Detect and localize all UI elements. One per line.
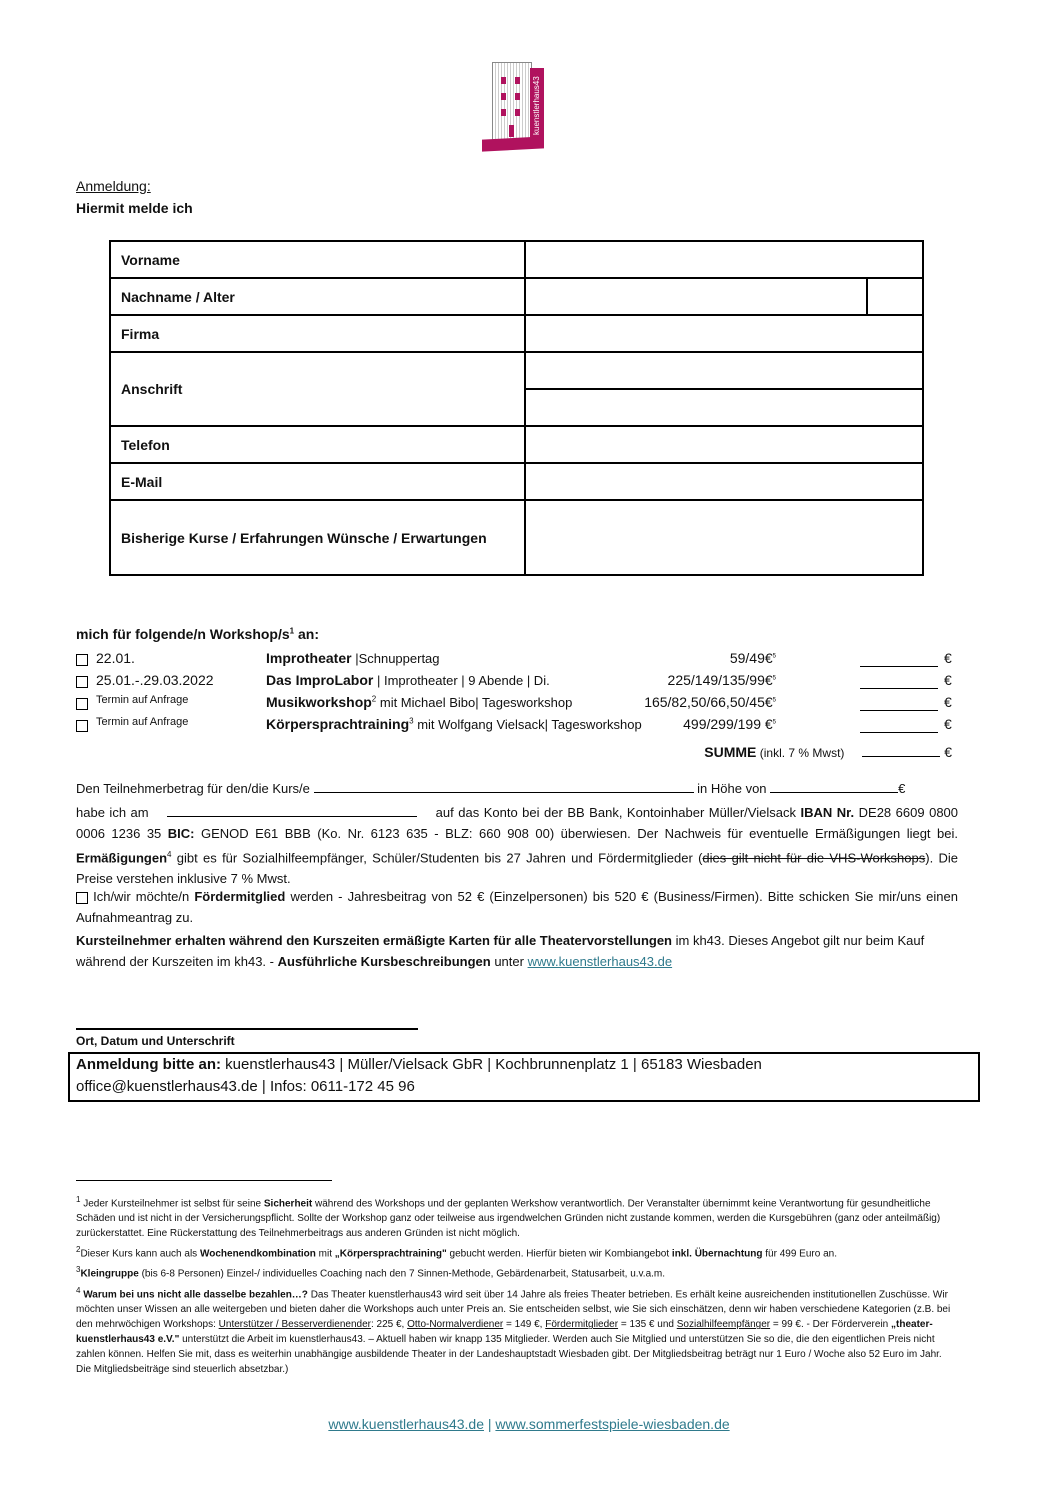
workshop-price: 59/49€5 — [730, 650, 776, 666]
label-nachname-alter: Nachname / Alter — [110, 278, 525, 315]
field-bisherige-kurse[interactable] — [525, 500, 923, 575]
workshop-price: 225/149/135/99€5 — [668, 672, 776, 688]
footnote-2: 2Dieser Kurs kann auch als Wochenendkomb… — [76, 1242, 958, 1261]
signature-label: Ort, Datum und Unterschrift — [76, 1034, 235, 1048]
workshop-currency: € — [944, 694, 952, 710]
label-firma: Firma — [110, 315, 525, 352]
signature-line[interactable] — [76, 1028, 418, 1030]
field-nachname[interactable] — [525, 278, 867, 315]
contact-box: Anmeldung bitte an: kuenstlerhaus43 | Mü… — [68, 1052, 980, 1102]
workshop-row: 22.01.Improtheater |Schnuppertag59/49€5€ — [76, 650, 956, 670]
workshop-checkbox[interactable] — [76, 654, 88, 666]
workshop-row: Termin auf AnfrageKörpersprachtraining3 … — [76, 716, 956, 736]
sum-label: SUMME — [704, 744, 756, 760]
sum-note: (inkl. 7 % Mwst) — [756, 746, 844, 760]
membership-checkbox[interactable] — [76, 892, 88, 904]
field-anschrift-line2[interactable] — [525, 389, 923, 426]
field-firma[interactable] — [525, 315, 923, 352]
workshop-checkbox[interactable] — [76, 676, 88, 688]
workshop-title: Musikworkshop2 mit Michael Bibo| Tageswo… — [266, 694, 572, 710]
workshop-date: 22.01. — [96, 650, 135, 666]
footnote-separator — [76, 1180, 332, 1181]
field-vorname[interactable] — [525, 241, 923, 278]
workshop-amount-field[interactable] — [860, 710, 938, 711]
label-email: E-Mail — [110, 463, 525, 500]
footnote-1: 1 Jeder Kursteilnehmer ist selbst für se… — [76, 1192, 958, 1241]
workshop-currency: € — [944, 716, 952, 732]
sum-field[interactable] — [862, 756, 940, 757]
workshop-currency: € — [944, 650, 952, 666]
workshop-checkbox[interactable] — [76, 720, 88, 732]
label-vorname: Vorname — [110, 241, 525, 278]
logo-text: kuenstlerhaus43 — [530, 68, 544, 144]
payment-date-field[interactable] — [167, 816, 417, 817]
workshops-intro: mich für folgende/n Workshop/s1 an: — [76, 626, 319, 642]
field-alter[interactable] — [867, 278, 923, 315]
workshop-checkbox[interactable] — [76, 698, 88, 710]
workshop-amount-field[interactable] — [860, 688, 938, 689]
payment-paragraph: habe ich am auf das Konto bei der BB Ban… — [76, 802, 958, 889]
building-illustration — [492, 62, 532, 140]
website-link[interactable]: www.kuenstlerhaus43.de — [528, 954, 673, 969]
field-telefon[interactable] — [525, 426, 923, 463]
workshop-price: 499/299/199 €5 — [683, 716, 776, 732]
page-title: Anmeldung: — [76, 178, 151, 194]
page-subtitle: Hiermit melde ich — [76, 200, 193, 216]
discount-notice: Kursteilnehmer erhalten während den Kurs… — [76, 930, 958, 972]
footnote-3: 3Kleingruppe (bis 6-8 Personen) Einzel-/… — [76, 1262, 958, 1281]
workshop-title: Körpersprachtraining3 mit Wolfgang Viels… — [266, 716, 642, 732]
field-anschrift-line1[interactable] — [525, 352, 923, 389]
workshop-price: 165/82,50/66,50/45€5 — [644, 694, 776, 710]
workshop-amount-field[interactable] — [860, 732, 938, 733]
course-name-field[interactable] — [314, 792, 694, 793]
workshop-currency: € — [944, 672, 952, 688]
label-anschrift: Anschrift — [110, 352, 525, 426]
amount-field[interactable] — [770, 792, 898, 793]
workshop-title: Das ImproLabor | Improtheater | 9 Abende… — [266, 672, 550, 688]
footnote-4: 4 Warum bei uns nicht alle dasselbe beza… — [76, 1283, 958, 1377]
workshop-title: Improtheater |Schnuppertag — [266, 650, 440, 666]
membership-paragraph: Ich/wir möchte/n Fördermitglied werden -… — [76, 886, 958, 928]
kuenstlerhaus43-logo: kuenstlerhaus43 — [482, 60, 550, 150]
workshop-date: Termin auf Anfrage — [96, 694, 188, 706]
workshop-date: Termin auf Anfrage — [96, 716, 188, 728]
label-telefon: Telefon — [110, 426, 525, 463]
workshop-row: 25.01.-.29.03.2022Das ImproLabor | Impro… — [76, 672, 956, 692]
field-email[interactable] — [525, 463, 923, 500]
workshop-date: 25.01.-.29.03.2022 — [96, 672, 214, 688]
footer-link-sommerfestspiele[interactable]: www.sommerfestspiele-wiesbaden.de — [495, 1416, 729, 1432]
label-bisherige-kurse: Bisherige Kurse / Erfahrungen Wünsche / … — [110, 500, 525, 575]
registration-form: Vorname Nachname / Alter Firma Anschrift… — [109, 240, 924, 576]
logo-base — [482, 136, 544, 151]
sum-row: SUMME (inkl. 7 % Mwst) € — [600, 744, 952, 760]
footer-link-kuenstlerhaus43[interactable]: www.kuenstlerhaus43.de — [328, 1416, 484, 1432]
workshop-amount-field[interactable] — [860, 666, 938, 667]
workshop-row: Termin auf AnfrageMusikworkshop2 mit Mic… — [76, 694, 956, 714]
sum-currency: € — [944, 744, 952, 760]
contact-email-phone: office@kuenstlerhaus43.de | Infos: 0611-… — [76, 1076, 972, 1098]
payment-line1: Den Teilnehmerbetrag für den/die Kurs/e … — [76, 778, 958, 799]
footer-links: www.kuenstlerhaus43.de | www.sommerfests… — [0, 1416, 1058, 1432]
